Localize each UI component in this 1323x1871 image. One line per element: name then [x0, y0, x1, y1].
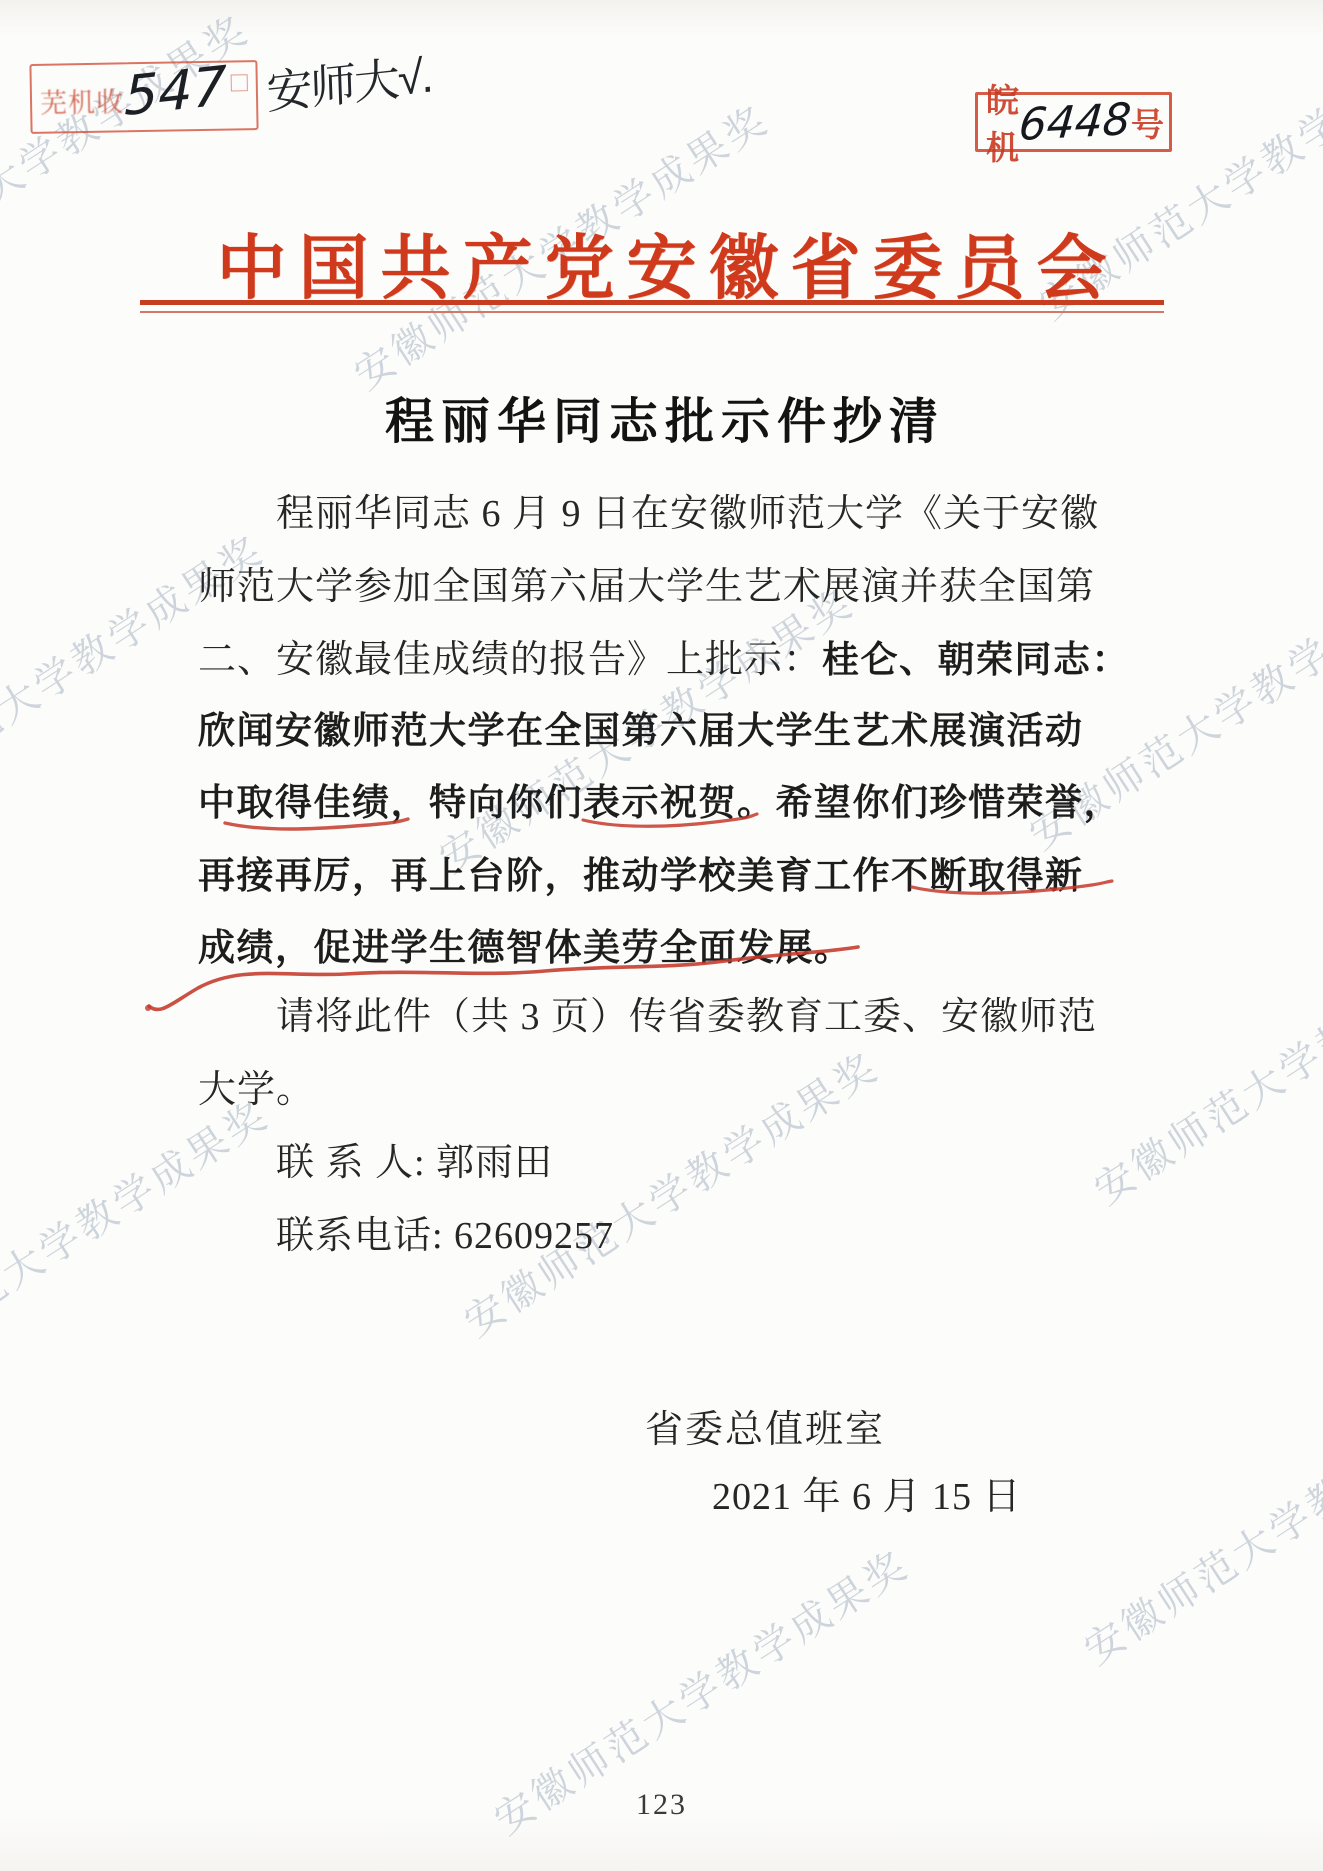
- organization-title: 中国共产党安徽省委员会: [0, 212, 1323, 313]
- body-segment-bold: 欣闻安徽师范大学在全国第六届大学生艺术展演活动: [198, 710, 1084, 751]
- body-line: 大学。: [198, 1058, 315, 1106]
- body-line: 二、安徽最佳成绩的报告》上批示：桂仑、朝荣同志：: [198, 628, 1130, 676]
- body-segment: 请将此件（共 3 页）传省委教育工委、安徽师范: [276, 996, 1097, 1038]
- registry-stamp-handwritten-number: 6448: [1017, 93, 1133, 150]
- diagonal-watermark: 安徽师范大学教学成果奖: [1082, 904, 1323, 1215]
- body-segment: 师范大学参加全国第六届大学生艺术展演并获全国第: [198, 566, 1095, 608]
- body-segment: 联 系 人: 郭雨田: [276, 1142, 553, 1184]
- header-rule-thick: [140, 300, 1164, 305]
- red-pen-dot: [145, 1005, 151, 1011]
- handwritten-note: 安师大√.: [265, 39, 432, 122]
- stamp-corner-mark: [231, 74, 248, 91]
- diagonal-watermark: 安徽师范大学教学成果奖: [452, 1036, 889, 1347]
- page-number: 123: [0, 1788, 1323, 1822]
- diagonal-watermark: 安徽师范大学教学成果奖: [1072, 1364, 1323, 1675]
- body-segment-bold: 中取得佳绩，特向你们表示祝贺。希望你们珍惜荣誉，: [198, 782, 1122, 823]
- signature-date: 2021 年 6 月 15 日: [712, 1465, 1022, 1520]
- body-segment-bold: 桂仑、朝荣同志：: [822, 639, 1130, 680]
- body-line: 请将此件（共 3 页）传省委教育工委、安徽师范: [198, 985, 1097, 1033]
- registry-stamp: 皖机 6448 号: [975, 92, 1172, 152]
- receive-stamp-handwritten-number: 547: [124, 54, 227, 128]
- body-line: 联系电话: 62609257: [198, 1204, 614, 1252]
- body-segment-bold: 成绩，促进学生德智体美劳全面发展。: [198, 927, 853, 968]
- body-segment: 联系电话: 62609257: [276, 1215, 614, 1257]
- body-line: 欣闻安徽师范大学在全国第六届大学生艺术展演活动: [198, 700, 1084, 748]
- body-line: 再接再厉，再上台阶，推动学校美育工作不断取得新: [198, 845, 1084, 893]
- body-line: 程丽华同志 6 月 9 日在安徽师范大学《关于安徽: [198, 482, 1099, 530]
- body-segment: 大学。: [198, 1069, 315, 1111]
- registry-stamp-suffix: 号: [1131, 99, 1164, 146]
- body-line: 中取得佳绩，特向你们表示祝贺。希望你们珍惜荣誉，: [198, 772, 1122, 820]
- registry-stamp-prefix: 皖机: [986, 75, 1019, 169]
- receive-stamp: 芜机收 547: [29, 60, 258, 134]
- document-title: 程丽华同志批示件抄清: [0, 383, 1323, 453]
- body-line: 联 系 人: 郭雨田: [198, 1131, 553, 1179]
- signature-office: 省委总值班室: [645, 1398, 885, 1453]
- body-line: 成绩，促进学生德智体美劳全面发展。: [198, 917, 853, 965]
- body-segment-bold: 再接再厉，再上台阶，推动学校美育工作不断取得新: [198, 855, 1084, 896]
- body-segment: 二、安徽最佳成绩的报告》上批示：: [198, 639, 822, 681]
- header-rule-thin: [140, 311, 1164, 313]
- document-page: 安徽师范大学教学成果奖安徽师范大学教学成果奖安徽师范大学教学成果奖安徽师范大学教…: [0, 0, 1323, 1871]
- receive-stamp-label: 芜机收: [40, 80, 125, 120]
- body-segment: 程丽华同志 6 月 9 日在安徽师范大学《关于安徽: [276, 493, 1099, 535]
- body-line: 师范大学参加全国第六届大学生艺术展演并获全国第: [198, 555, 1095, 603]
